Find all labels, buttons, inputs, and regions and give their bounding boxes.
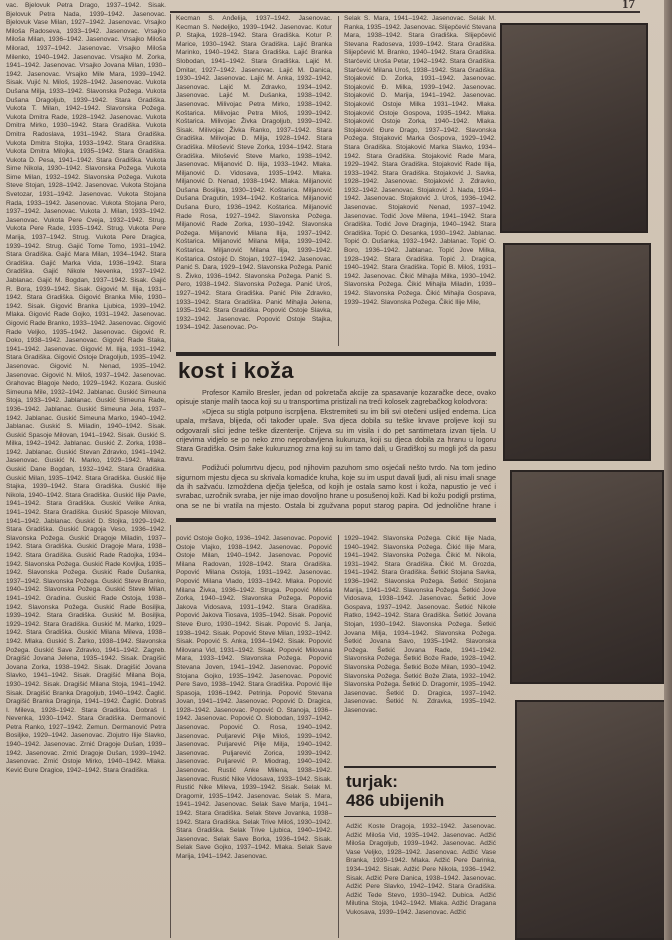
article-body: Profesor Kamilo Bresler, jedan od pokret… (176, 388, 496, 510)
column-divider (170, 14, 171, 352)
top-rule (170, 11, 640, 13)
photograph-placeholder: photograph-3 (510, 470, 664, 684)
section-rule (344, 766, 496, 768)
article-title: kost i koža (178, 358, 294, 384)
article-paragraph: »Djeca su stigla potpuno iscrpljena. Eks… (176, 407, 496, 463)
column-divider (170, 525, 171, 938)
page-number: 17 (622, 0, 635, 12)
name-list-column-4: pović Ostoje Gojko, 1936–1942. Jasenovac… (176, 535, 332, 938)
column-divider (338, 16, 339, 346)
photograph-placeholder: photograph-2 (503, 243, 651, 461)
subsection-title-line-2: 486 ubijenih (346, 791, 496, 810)
page-edge (664, 0, 672, 940)
column-divider (338, 535, 339, 938)
name-list-column-3: Selak S. Mara, 1941–1942. Jasenovac. Sel… (344, 15, 496, 342)
section-rule (344, 816, 496, 817)
subsection-title: turjak: 486 ubijenih (346, 772, 496, 810)
newspaper-page: 17 vac. Bjelovuk Petra Drago, 1937–1942.… (0, 0, 672, 940)
article-paragraph: Podižući polumrtvu djecu, pod njihovim p… (176, 463, 496, 510)
photograph-placeholder: photograph-1 (500, 23, 648, 233)
name-list-column-6: Adžić Koste Dragoja, 1932–1942. Jasenova… (346, 823, 496, 938)
name-list-column-1: vac. Bjelovuk Petra Drago, 1937–1942. Si… (6, 2, 166, 938)
article-paragraph: Profesor Kamilo Bresler, jedan od pokret… (176, 388, 496, 407)
photograph-placeholder: photograph-4 (515, 700, 669, 940)
section-rule (176, 518, 496, 522)
subsection-title-line-1: turjak: (346, 772, 496, 791)
name-list-column-2: Kecman S. Anđelija, 1937–1942. Jasenovac… (176, 15, 332, 342)
name-list-column-5: 1929–1942. Slavonska Požega. Čikić Ilije… (344, 535, 496, 735)
section-rule (176, 352, 496, 356)
